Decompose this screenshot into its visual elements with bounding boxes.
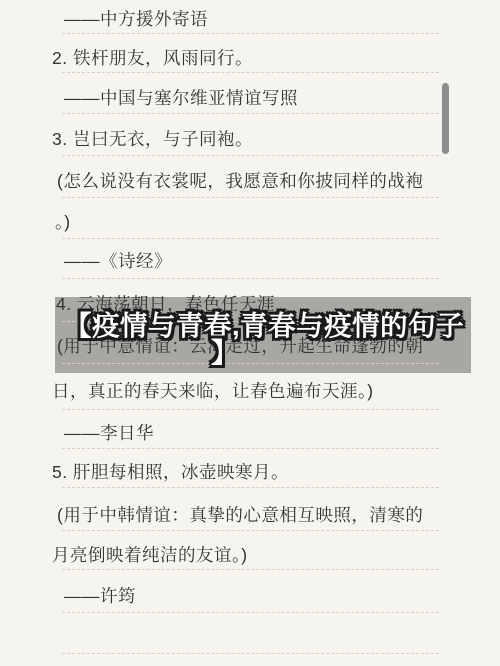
quote-line: 3. 岂曰无衣，与子同袍。 [52, 129, 253, 149]
quote-line: 5. 肝胆每相照，冰壶映寒月。 [52, 462, 289, 482]
row-divider [62, 238, 439, 239]
quote-line: 。) [55, 212, 71, 232]
quote-line: ——中方援外寄语 [64, 9, 208, 29]
page-title-overlay-bracket: 】 [211, 330, 239, 370]
row-divider [62, 653, 439, 654]
row-divider [62, 197, 439, 198]
scrollbar-thumb[interactable] [442, 83, 449, 154]
row-divider [62, 569, 439, 570]
quote-line: (用于中韩情谊：真挚的心意相互映照，清寒的 [57, 505, 423, 525]
quote-line: (怎么说没有衣裳呢，我愿意和你披同样的战袍 [57, 171, 423, 191]
quote-line: 月亮倒映着纯洁的友谊。) [52, 545, 248, 565]
quote-line: ——李日华 [64, 423, 154, 443]
row-divider [62, 612, 439, 613]
quote-line: ——许筠 [64, 586, 136, 606]
quotes-page: ——中方援外寄语2. 铁杆朋友，风雨同行。——中国与塞尔维亚情谊写照3. 岂曰无… [0, 0, 500, 666]
quote-line: 日，真正的春天来临，让春色遍布天涯。) [52, 381, 374, 401]
row-divider [62, 487, 439, 488]
row-divider [62, 363, 439, 364]
row-divider [62, 278, 439, 279]
quote-line: ——中国与塞尔维亚情谊写照 [64, 88, 298, 108]
row-divider [62, 409, 439, 410]
row-divider [62, 530, 439, 531]
quote-line: ——《诗经》 [64, 251, 172, 271]
quote-line: 2. 铁杆朋友，风雨同行。 [52, 48, 253, 68]
row-divider [62, 155, 439, 156]
row-divider [62, 72, 439, 73]
row-divider [62, 448, 439, 449]
row-divider [62, 33, 439, 34]
page-title-overlay: 【疫情与青春,青春与疫情的句子 [64, 303, 464, 343]
row-divider [62, 113, 439, 114]
